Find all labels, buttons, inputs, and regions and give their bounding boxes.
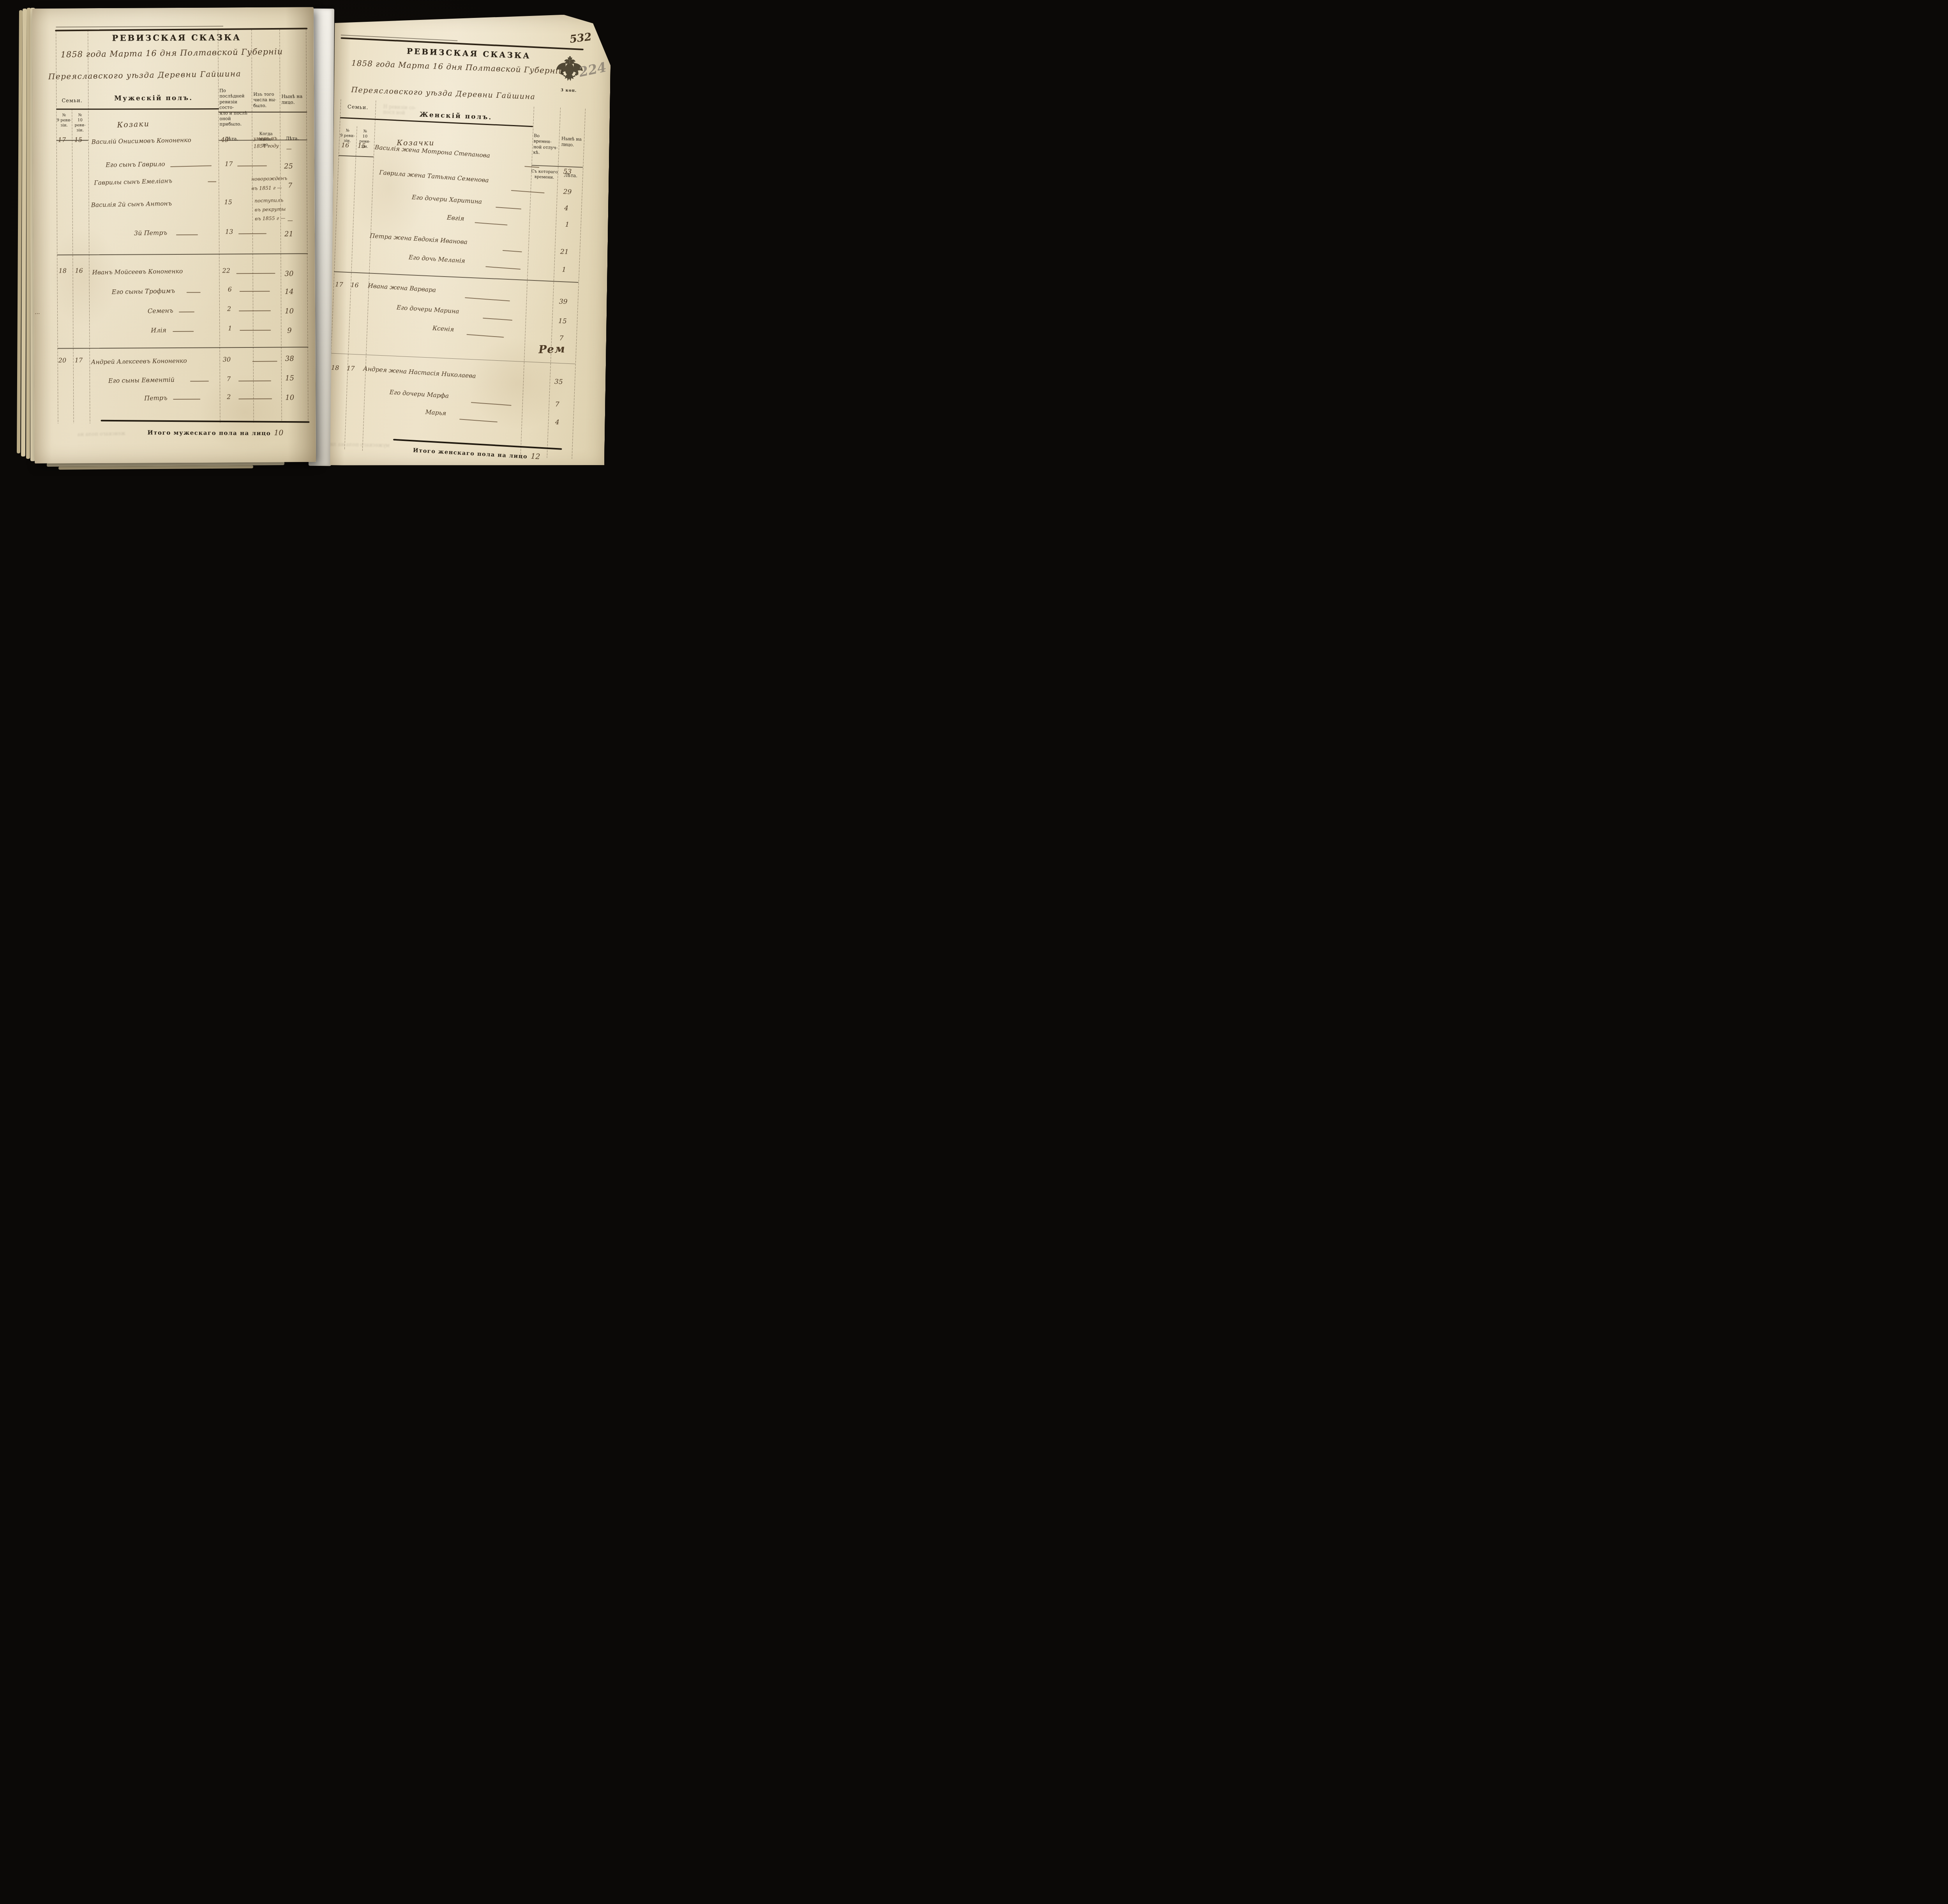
- page-title: РЕВИЗСКАЯ СКАЗКА: [102, 32, 251, 43]
- paper-stain: [49, 226, 120, 328]
- subcol-since-when: Съ котораго времени.: [531, 169, 558, 180]
- col-header-family: Семьи.: [57, 98, 87, 104]
- filler-dash: [238, 233, 266, 234]
- filler-dash: [238, 398, 272, 399]
- col-header-away: Во времен- ной отлуч- кѣ.: [533, 133, 559, 157]
- person-name: Андрей Алексеевъ Кононенко: [91, 357, 220, 366]
- person-name: Ксенія: [432, 324, 454, 333]
- person-name: Илія: [151, 326, 166, 334]
- table-top-rule: [55, 28, 307, 31]
- age-previous: 7: [227, 375, 231, 383]
- family-no-9th: 20: [58, 356, 66, 364]
- filler-dash: [170, 166, 212, 167]
- age-previous: 13: [225, 228, 233, 235]
- person-name: Василія жена Мотрона Степанова: [374, 144, 530, 162]
- male-total-label: Итого мужескаго пола на лицо: [148, 429, 271, 437]
- left-page: РЕВИЗСКАЯ СКАЗКА 1858 года Марта 16 дня …: [32, 7, 316, 464]
- age-now: 38: [285, 354, 294, 363]
- age-now: 10: [285, 307, 294, 315]
- person-name: Его сыны Евментій: [108, 376, 175, 384]
- paper-stain: [198, 373, 292, 451]
- subheader-underline: [339, 155, 374, 157]
- family-no-10th: 17: [347, 365, 355, 372]
- filler-dash: [471, 402, 512, 406]
- family-no-10th: 17: [75, 356, 83, 364]
- person-name: Гаврила жена Татьяна Семенова: [379, 169, 535, 187]
- family-no-10th: 16: [75, 267, 83, 274]
- filler-dash: [240, 330, 271, 331]
- col-header-family: Семьи.: [341, 104, 375, 111]
- filler-dash: [179, 312, 194, 312]
- age-previous: 49: [221, 136, 229, 143]
- female-total-value: 12: [531, 452, 540, 461]
- age-now: 35: [554, 378, 563, 386]
- margin-mark: ...: [35, 309, 40, 316]
- family-no-10th: 16: [351, 281, 359, 289]
- age-now: 7: [555, 400, 559, 408]
- filler-dash: [240, 291, 270, 292]
- table-column-line: [56, 30, 58, 424]
- person-name: Его дочери Марфа: [389, 389, 449, 400]
- age-now: 4: [564, 205, 569, 212]
- place-line: Переяславского уѣзда Деревни Гайшина: [48, 69, 266, 81]
- total-rule: [101, 420, 309, 423]
- departed-note: поступилъ въ рекруты въ 1855 г —: [254, 196, 290, 223]
- filler-dash: [208, 181, 216, 182]
- person-name: Его сыны Трофимъ: [112, 287, 175, 296]
- col-header-departed: Изъ того числа вы- было.: [253, 92, 279, 108]
- age-now: 1: [562, 266, 566, 274]
- clerk-annotation: Рем: [538, 342, 566, 356]
- filler-dash: [239, 310, 271, 311]
- age-now: —: [286, 146, 292, 152]
- filler-dash: [173, 399, 200, 400]
- date-line: 1858 года Марта 16 дня Полтавской Губерн…: [351, 58, 577, 76]
- filler-dash: [485, 266, 521, 270]
- filler-dash: [236, 273, 275, 274]
- age-previous: 2: [227, 305, 231, 312]
- col-header-now-present: Нынѣ на лицо.: [561, 136, 584, 148]
- header-separator: [218, 112, 307, 113]
- age-now: 21: [284, 230, 293, 238]
- filler-dash: [459, 419, 498, 422]
- departed-note: умеръ въ 1854 году: [253, 134, 289, 150]
- age-previous: 1: [228, 324, 232, 332]
- female-total-label: Итого женскаго пола на лицо: [413, 447, 528, 460]
- age-now: 7: [288, 182, 292, 189]
- age-now: —: [288, 217, 293, 224]
- person-name: Ивана жена Варвара: [368, 282, 516, 299]
- bleedthrough-text: женскаго пола на: [78, 431, 126, 438]
- person-name: Иванъ Мойсеевъ Кононенко: [92, 267, 221, 276]
- date-line: 1858 года Марта 16 дня Полтавской Губерн…: [60, 47, 294, 59]
- filler-dash: [483, 318, 512, 321]
- age-previous: 6: [228, 286, 232, 293]
- person-name: Петръ: [144, 394, 168, 402]
- family-no-10th: 15: [358, 142, 366, 150]
- age-now: 9: [287, 326, 292, 335]
- age-previous: 22: [222, 267, 230, 274]
- family-no-9th: 17: [58, 136, 66, 143]
- filler-dash: [187, 292, 201, 293]
- book-scan: РЕВИЗСКАЯ СКАЗКА 1858 года Марта 16 дня …: [0, 0, 616, 476]
- filler-dash: [237, 166, 267, 166]
- subcol-9th-revision: № 9 реви- зіи.: [56, 113, 71, 128]
- person-name: Его дочери Харитина: [411, 194, 482, 205]
- filler-dash: [524, 166, 539, 168]
- person-name: 3й Петръ: [134, 229, 167, 237]
- table-column-line: [88, 30, 90, 423]
- age-previous-note: новорожденъ въ 1851 г —: [251, 174, 291, 193]
- page-title: РЕВИЗСКАЯ СКАЗКА: [397, 46, 541, 61]
- age-now: 14: [285, 287, 294, 296]
- place-line: Переясловского уѣзда Деревни Гайшина: [351, 86, 546, 102]
- family-no-9th: 17: [335, 280, 343, 288]
- person-name: Его дочь Меланія: [408, 254, 465, 264]
- table-top-rule-echo: [56, 26, 223, 27]
- age-previous: 15: [224, 198, 232, 206]
- family-no-9th: 16: [341, 141, 349, 149]
- age-now: 10: [285, 393, 294, 402]
- filler-dash: [176, 234, 198, 235]
- filler-dash: [190, 381, 209, 382]
- family-separator: [334, 271, 578, 283]
- person-name: Его дочери Марина: [396, 304, 459, 315]
- age-now: 15: [285, 374, 294, 382]
- col-header-male-sex: Мужескій полъ.: [91, 94, 216, 102]
- person-name: Андрея жена Настасія Николаева: [363, 365, 526, 383]
- age-now: 29: [563, 188, 572, 196]
- person-name: Василій Онисимовъ Кононенко: [92, 136, 220, 145]
- age-now: 25: [284, 162, 293, 170]
- female-total-row: Итого женскаго пола на лицо 12: [413, 445, 540, 461]
- male-total-value: 10: [274, 428, 283, 437]
- age-now: 15: [558, 317, 567, 325]
- person-name: Марья: [425, 409, 446, 417]
- age-previous: 17: [225, 160, 233, 167]
- age-now: 4: [555, 418, 560, 426]
- person-name: Петра жена Евдокія Иванова: [370, 232, 526, 249]
- age-previous: 2: [227, 393, 231, 400]
- filler-dash: [496, 207, 521, 210]
- header-separator: [56, 108, 219, 110]
- estate-label-cossacks: Козаки: [117, 120, 150, 129]
- person-name: Семенъ: [148, 307, 173, 315]
- family-no-10th: 15: [74, 136, 82, 143]
- male-total-row: Итого мужескаго пола на лицо 10: [148, 428, 284, 437]
- age-now: 21: [560, 248, 568, 256]
- filler-dash: [475, 222, 508, 225]
- table-column-line: [572, 109, 586, 459]
- age-now: 7: [559, 335, 564, 342]
- age-now: 39: [559, 298, 568, 306]
- age-now: 1: [565, 221, 570, 229]
- table-column-line: [72, 109, 74, 423]
- family-no-9th: 18: [331, 364, 339, 372]
- col-header-now-present: Нынѣ на лицо.: [281, 93, 305, 105]
- family-separator: [57, 253, 308, 255]
- person-name: Гаврилы сынъ Емеліанъ: [94, 176, 222, 187]
- table-column-line: [362, 100, 376, 451]
- age-previous: 30: [223, 356, 231, 363]
- filler-dash: [173, 331, 194, 332]
- family-separator: [58, 347, 309, 349]
- filler-dash: [238, 381, 271, 381]
- filler-dash: [503, 250, 522, 252]
- bleedthrough-text: мужескаго пола на лицо: [323, 441, 390, 449]
- age-now: 53: [563, 168, 572, 176]
- table-column-line: [279, 29, 282, 423]
- col-header-previous-revision: По послѣдней ревизіи состо- яло и послѣ …: [219, 88, 252, 127]
- person-name: Евгія: [446, 214, 464, 222]
- filler-dash: [466, 334, 504, 338]
- right-page: РЕВИЗСКАЯ СКАЗКА 1858 года Марта 16 дня …: [325, 11, 611, 469]
- subcol-10th-revision: № 10 реви- зіи.: [72, 113, 88, 133]
- filler-dash: [511, 190, 545, 193]
- filler-dash: [252, 361, 277, 362]
- age-now: 30: [284, 270, 293, 278]
- table-column-line: [306, 29, 308, 422]
- person-name: Его сынъ Гаврило: [106, 160, 165, 168]
- family-no-9th: 18: [58, 267, 66, 274]
- person-name: Василія 2й сынъ Антонъ: [91, 199, 219, 208]
